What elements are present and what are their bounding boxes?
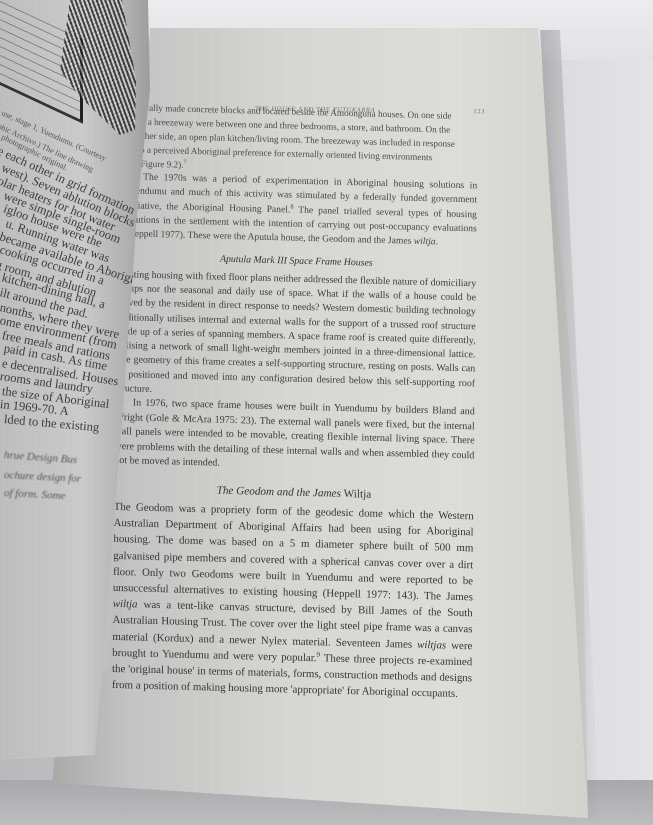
aputula-paragraph-1: Existing housing with fixed floor plans …	[115, 268, 476, 406]
right-page-text: locally made concrete blocks and located…	[112, 100, 478, 703]
paragraph-1970s: The 1970s was a period of experimentatio…	[117, 170, 478, 251]
geodom-paragraph: The Geodom was a propriety form of the g…	[112, 499, 474, 703]
opening-paragraph: locally made concrete blocks and located…	[117, 100, 478, 179]
footnote-marker[interactable]: 7	[184, 160, 187, 166]
aputula-paragraph-2: In 1976, two space frame houses were bui…	[114, 396, 475, 478]
